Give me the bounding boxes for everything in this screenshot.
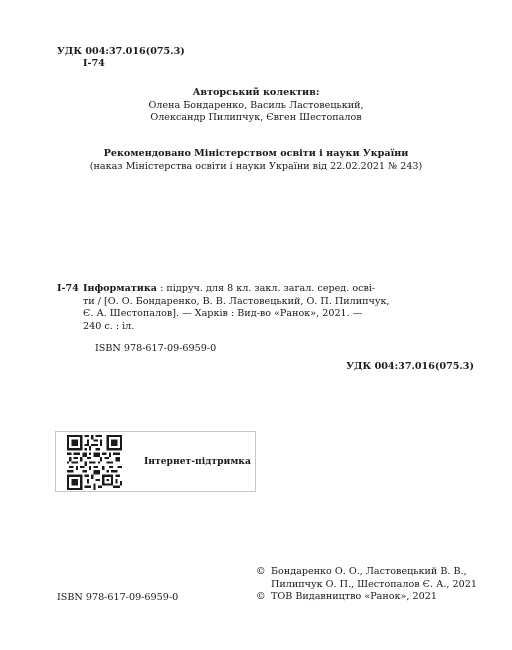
copyright-line: Бондаренко О. О., Ластовецький В. В., [271, 566, 467, 579]
book-title: Інформатика [83, 283, 157, 294]
bibliography-code: І-74 [57, 283, 79, 296]
isbn-footer: ISBN 978-617-09-6959-0 [57, 592, 178, 605]
recommendation-block: Рекомендовано Міністерством освіти і нау… [0, 148, 512, 173]
authors-line: Олена Бондаренко, Василь Ластовецький, [0, 100, 512, 113]
bibliography-line: : підруч. для 8 кл. закл. загал. серед. … [157, 283, 375, 294]
bibliography-line: Є. А. Шестопалов]. — Харків : Вид-во «Ра… [83, 308, 483, 321]
copyright-entry: © Бондаренко О. О., Ластовецький В. В., [256, 566, 477, 579]
bibliography-line: 240 с. : іл. [83, 321, 483, 334]
udc-code: УДК 004:37.016(075.3) [57, 46, 185, 59]
copyright-entry: © ТОВ Видавництво «Ранок», 2021 [256, 591, 477, 604]
author-mark: І-74 [83, 58, 105, 71]
copyright-block: © Бондаренко О. О., Ластовецький В. В., … [256, 566, 477, 604]
copyright-symbol: © [256, 591, 271, 604]
authors-line: Олександр Пилипчук, Євген Шестопалов [0, 112, 512, 125]
copyright-line: ТОВ Видавництво «Ранок», 2021 [271, 591, 437, 604]
udc-code-right: УДК 004:37.016(075.3) [346, 361, 474, 374]
authors-block: Авторський колектив: Олена Бондаренко, В… [0, 87, 512, 125]
isbn: ISBN 978-617-09-6959-0 [95, 343, 216, 356]
recommendation-order: (наказ Міністерства освіти і науки Украї… [0, 161, 512, 174]
bibliography-line: ти / [О. О. Бондаренко, В. В. Ластовецьк… [83, 296, 483, 309]
bibliography-entry: Інформатика : підруч. для 8 кл. закл. за… [83, 283, 483, 333]
internet-support-label: Інтернет-підтримка [144, 456, 251, 467]
copyright-line: Пилипчук О. П., Шестопалов Є. А., 2021 [256, 579, 477, 592]
qr-code-icon[interactable] [67, 435, 122, 490]
internet-support-box[interactable]: Інтернет-підтримка [55, 431, 256, 492]
authors-title: Авторський колектив: [0, 87, 512, 100]
recommendation-title: Рекомендовано Міністерством освіти і нау… [0, 148, 512, 161]
copyright-symbol: © [256, 566, 271, 579]
